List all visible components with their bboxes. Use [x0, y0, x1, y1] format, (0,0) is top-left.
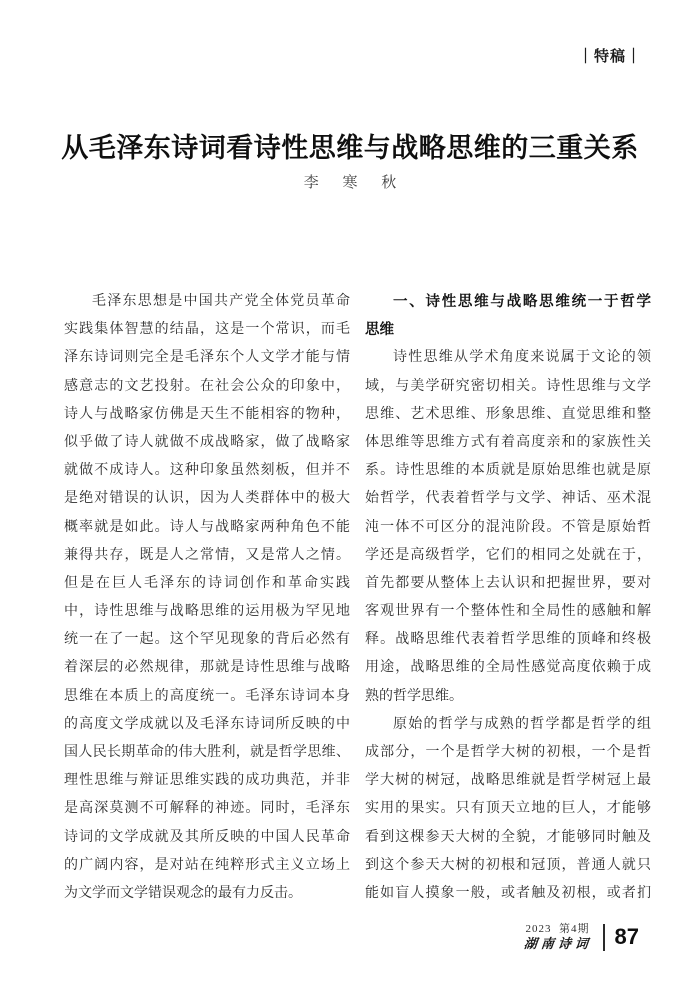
body-text-line: 国人民长期革命的伟大胜利，就是哲学思维、 [64, 739, 350, 767]
body-text-line: 就做不成诗人。这种印象虽然刻板，但并不 [64, 457, 350, 485]
journal-name: 湖南诗词 [523, 936, 593, 951]
body-text-line: 始哲学，代表着哲学与文学、神话、巫术混 [365, 485, 651, 513]
body-text-line: 实践集体智慧的结晶，这是一个常识，而毛 [64, 316, 350, 344]
body-text-line: 成部分，一个是哲学大树的初根，一个是哲 [365, 739, 651, 767]
section-heading-line: 思维 [365, 316, 651, 344]
left-column: 毛泽东思想是中国共产党全体党员革命实践集体智慧的结晶，这是一个常识，而毛泽东诗词… [64, 288, 350, 908]
body-text-line: 诗词的文学成就及其所反映的中国人民革命 [64, 824, 350, 852]
body-text-line: 首先都要从整体上去认识和把握世界，要对 [365, 570, 651, 598]
body-text-line: 概率就是如此。诗人与战略家两种角色不能 [64, 514, 350, 542]
body-text-line: 泽东诗词则完全是毛泽东个人文学才能与情 [64, 344, 350, 372]
journal-page: ｜特稿｜ 从毛泽东诗词看诗性思维与战略思维的三重关系 李 寒 秋 毛泽东思想是中… [0, 0, 700, 989]
body-text-line: 客观世界有一个整体性和全局性的感触和解 [365, 598, 651, 626]
body-text-line: 中，诗性思维与战略思维的运用极为罕见地 [64, 598, 350, 626]
issue-info: 2023 第4期 [524, 923, 592, 936]
body-text-line: 为文学而文学错误观念的最有力反击。 [64, 880, 350, 908]
body-text-line: 用途，战略思维的全局性感觉高度依赖于成 [365, 654, 651, 682]
footer-divider [603, 924, 605, 951]
body-text-line: 学还是高级哲学，它们的相同之处就在于， [365, 542, 651, 570]
page-number: 87 [615, 924, 639, 950]
body-text-line: 着深层的必然规律，那就是诗性思维与战略 [64, 654, 350, 682]
body-text-line: 诗人与战略家仿佛是天生不能相容的物种， [64, 401, 350, 429]
body-text-line: 熟的哲学思维。 [365, 683, 651, 711]
body-text-line: 系。诗性思维的本质就是原始思维也就是原 [365, 457, 651, 485]
body-text-line: 感意志的文艺投射。在社会公众的印象中， [64, 373, 350, 401]
body-text-line: 是高深莫测不可解释的神迹。同时，毛泽东 [64, 795, 350, 823]
body-text-line: 思维、艺术思维、形象思维、直觉思维和整 [365, 401, 651, 429]
right-column: 一、诗性思维与战略思维统一于哲学思维诗性思维从学术角度来说属于文论的领域，与美学… [365, 288, 651, 908]
body-text-line: 的广阔内容，是对站在纯粹形式主义立场上 [64, 852, 350, 880]
section-heading-line: 一、诗性思维与战略思维统一于哲学 [365, 288, 651, 316]
body-text-line: 能如盲人摸象一般，或者触及初根，或者扪 [365, 880, 651, 908]
body-text-line: 看到这棵参天大树的全貌，才能够同时触及 [365, 824, 651, 852]
body-text-line: 是绝对错误的认识，因为人类群体中的极大 [64, 485, 350, 513]
body-text-line: 到这个参天大树的初根和冠顶，普通人就只 [365, 852, 651, 880]
section-tag: ｜特稿｜ [578, 45, 642, 66]
body-text-line: 兼得共存，既是人之常情，又是常人之情。 [64, 542, 350, 570]
page-footer: 2023 第4期 湖南诗词 87 [524, 923, 640, 951]
body-text-line: 思维在本质上的高度统一。毛泽东诗词本身 [64, 683, 350, 711]
body-text-line: 的高度文学成就以及毛泽东诗词所反映的中 [64, 711, 350, 739]
body-text-line: 理性思维与辩证思维实践的成功典范，并非 [64, 767, 350, 795]
body-text-line: 体思维等思维方式有着高度亲和的家族性关 [365, 429, 651, 457]
article-author: 李 寒 秋 [0, 171, 700, 192]
body-text-line: 沌一体不可区分的混沌阶段。不管是原始哲 [365, 514, 651, 542]
article-body: 毛泽东思想是中国共产党全体党员革命实践集体智慧的结晶，这是一个常识，而毛泽东诗词… [64, 288, 651, 908]
body-text-line: 域，与美学研究密切相关。诗性思维与文学 [365, 373, 651, 401]
article-title: 从毛泽东诗词看诗性思维与战略思维的三重关系 [0, 126, 700, 165]
body-text-line: 释。战略思维代表着哲学思维的顶峰和终极 [365, 626, 651, 654]
body-text-line: 原始的哲学与成熟的哲学都是哲学的组 [365, 711, 651, 739]
body-text-line: 统一在了一起。这个罕见现象的背后必然有 [64, 626, 350, 654]
body-text-line: 但是在巨人毛泽东的诗词创作和革命实践 [64, 570, 350, 598]
body-text-line: 学大树的树冠，战略思维就是哲学树冠上最 [365, 767, 651, 795]
body-text-line: 似乎做了诗人就做不成战略家，做了战略家 [64, 429, 350, 457]
body-text-line: 诗性思维从学术角度来说属于文论的领 [365, 344, 651, 372]
body-text-line: 毛泽东思想是中国共产党全体党员革命 [64, 288, 350, 316]
body-text-line: 实用的果实。只有顶天立地的巨人，才能够 [365, 795, 651, 823]
issue-block: 2023 第4期 湖南诗词 [524, 923, 592, 951]
